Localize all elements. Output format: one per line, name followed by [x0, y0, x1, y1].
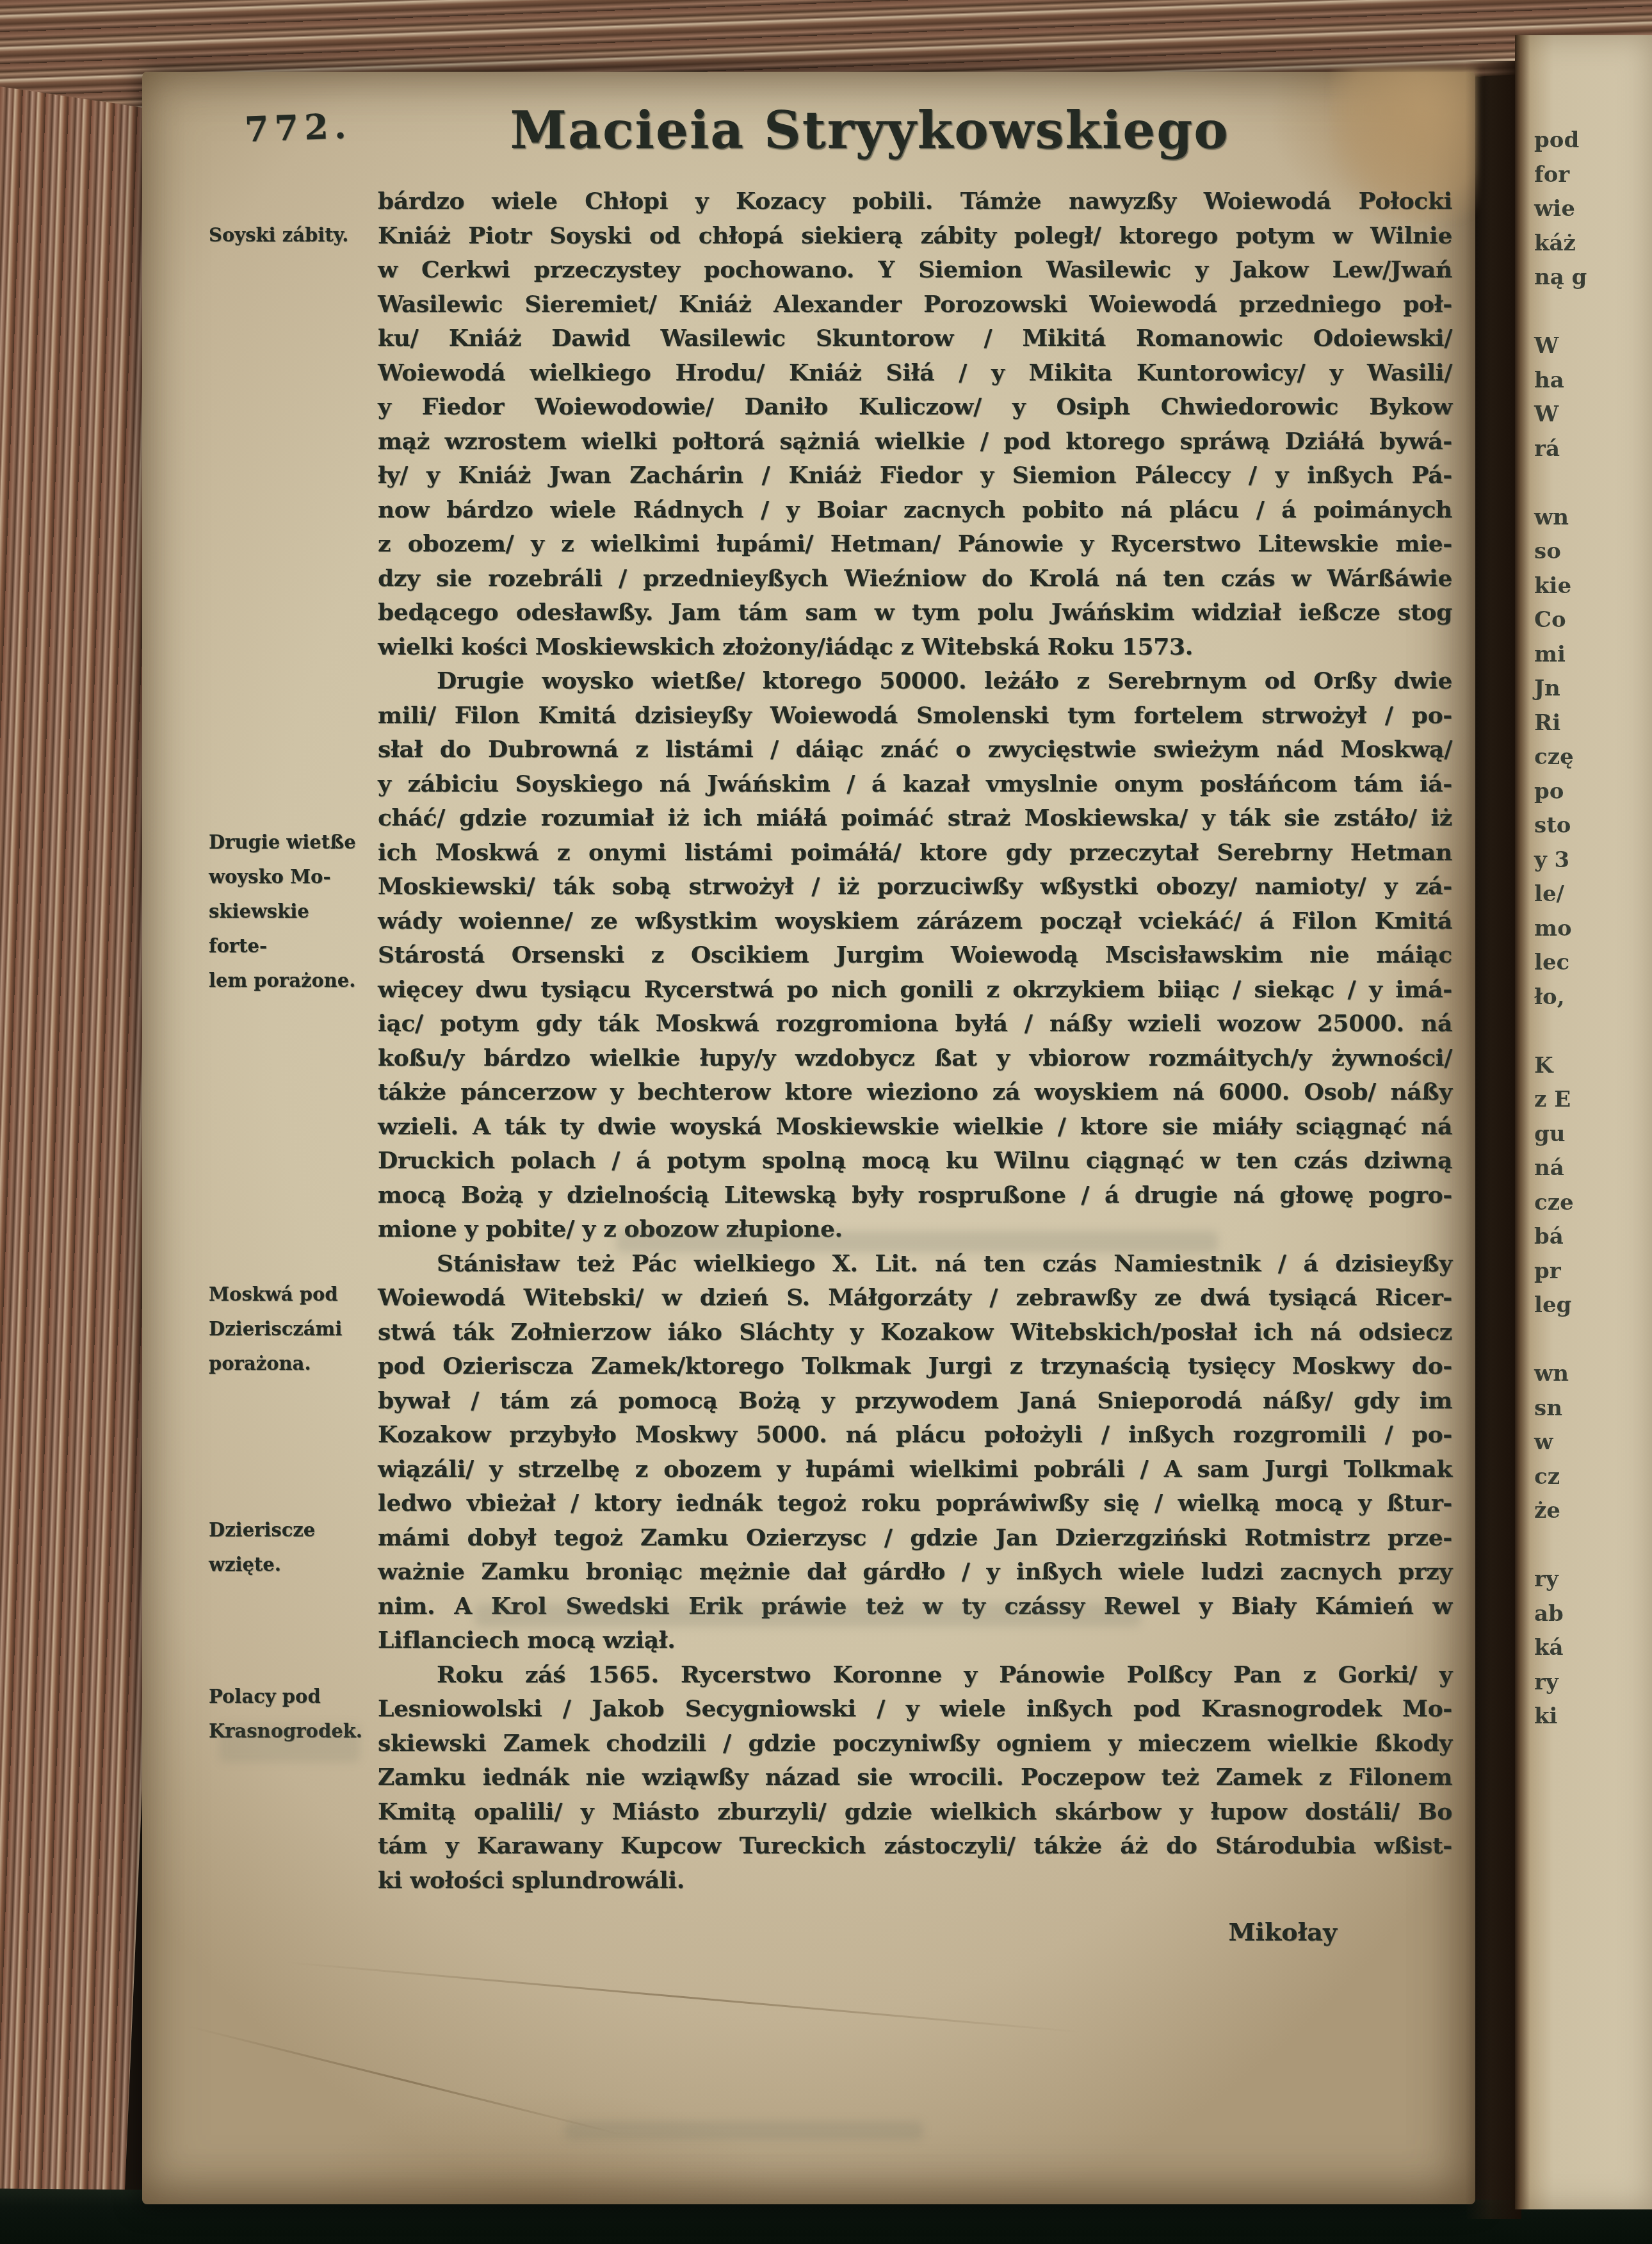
margin-notes: Soyski zábity.Drugie wietßewoysko Mo-ski… — [209, 72, 370, 2204]
body-line: Stárostá Orsenski z Oscikiem Jurgim Woie… — [378, 938, 1452, 973]
body-line: mąż wzrostem wielki połtorá sążniá wielk… — [378, 425, 1452, 459]
body-line: koßu/y bárdzo wielkie łupy/y wzdobycz ßa… — [378, 1041, 1452, 1076]
body-line: tám y Karawany Kupcow Tureckich zástoczy… — [378, 1829, 1452, 1864]
body-line: ku/ Kniáż Dawid Wasilewic Skuntorow / Mi… — [378, 321, 1452, 356]
margin-note-line: woysko Mo- — [209, 859, 370, 894]
body-line: słał do Dubrowná z listámi / dáiąc znáć … — [378, 733, 1452, 767]
margin-note-line: Soyski zábity. — [209, 218, 370, 252]
right-page-fragment: sn — [1534, 1392, 1652, 1426]
right-page-fragment — [1534, 1014, 1652, 1049]
body-line: iąc/ potym gdy ták Moskwá rozgromiona by… — [378, 1007, 1452, 1041]
body-line: z obozem/ y z wielkimi łupámi/ Hetman/ P… — [378, 527, 1452, 562]
margin-note-line: wzięte. — [209, 1547, 370, 1582]
body-line: stwá ták Zołnierzow iáko Sláchty y Kozak… — [378, 1315, 1452, 1350]
right-page-fragment: w — [1534, 1426, 1652, 1460]
margin-note-line: Dzieriscze — [209, 1513, 370, 1547]
right-page-fragment: pod — [1534, 124, 1652, 158]
body-line: dzy sie rozebráli / przednieyßych Wieźni… — [378, 562, 1452, 596]
right-page-fragment: ry — [1534, 1563, 1652, 1597]
right-page-fragment: ná — [1534, 1151, 1652, 1186]
ink-bleedthrough — [565, 2121, 923, 2140]
body-text: bárdzo wiele Chłopi y Kozacy pobili. Tám… — [378, 184, 1452, 1898]
body-line: Roku záś 1565. Rycerstwo Koronne y Pánow… — [378, 1658, 1452, 1693]
right-page-fragment: ká — [1534, 1631, 1652, 1666]
body-line: Liflanciech mocą wziął. — [378, 1623, 1452, 1658]
right-page-fragment: kie — [1534, 569, 1652, 604]
body-line: w Cerkwi przeczystey pochowano. Y Siemio… — [378, 253, 1452, 288]
body-line: Zamku iednák nie wziąwßy názad sie wroci… — [378, 1760, 1452, 1795]
margin-note: Moskwá podDzierisczámiporażona. — [209, 1277, 370, 1381]
right-page-fragment: czę — [1534, 740, 1652, 775]
body-line: y Fiedor Woiewodowie/ Daniło Kuliczow/ y… — [378, 390, 1452, 425]
ink-bleedthrough — [475, 1604, 1141, 1627]
margin-note-line: porażona. — [209, 1346, 370, 1381]
body-line: wzieli. A ták ty dwie woyská Moskiewskie… — [378, 1110, 1452, 1144]
right-page-fragment: że — [1534, 1494, 1652, 1529]
body-line: pod Ozieriscza Zamek/ktorego Tolkmak Jur… — [378, 1349, 1452, 1384]
paper-crease — [284, 1962, 1082, 2033]
right-page-fragment: sto — [1534, 809, 1652, 843]
book-gutter-shadow — [1465, 61, 1521, 2219]
right-page-fragment: Jn — [1534, 672, 1652, 706]
right-page-fragment: mo — [1534, 912, 1652, 947]
right-page-fragment: Co — [1534, 603, 1652, 638]
right-page-fragment: bá — [1534, 1220, 1652, 1255]
body-line: Woiewodá wielkiego Hrodu/ Kniáż Siłá / y… — [378, 356, 1452, 391]
right-page-fragment: lec — [1534, 946, 1652, 980]
right-page-fragment: rá — [1534, 432, 1652, 467]
right-page-fragment: so — [1534, 535, 1652, 569]
body-line: mámi dobył tegoż Zamku Ozierzysc / gdzie… — [378, 1521, 1452, 1556]
body-line: bywał / tám zá pomocą Bożą y przywodem J… — [378, 1384, 1452, 1419]
body-line: ważnie Zamku broniąc mężnie dał gárdło /… — [378, 1555, 1452, 1589]
body-line: mocą Bożą y dzielnością Litewską były ro… — [378, 1178, 1452, 1213]
right-page-fragment — [1534, 1529, 1652, 1563]
right-page-fragment: W — [1534, 398, 1652, 432]
margin-note-line: Polacy pod — [209, 1679, 370, 1714]
margin-note: Soyski zábity. — [209, 218, 370, 252]
body-line: Kozakow przybyło Moskwy 5000. ná plácu p… — [378, 1418, 1452, 1452]
body-line: bedącego odesławßy. Jam tám sam w tym po… — [378, 596, 1452, 630]
right-page-fragment: wn — [1534, 501, 1652, 535]
body-line: tákże páncerzow y bechterow ktore wiezio… — [378, 1075, 1452, 1110]
body-line: Kniáż Piotr Soyski od chłopá siekierą zá… — [378, 219, 1452, 254]
right-page-fragment: le/ — [1534, 877, 1652, 912]
body-line: Druckich polach / á potym spolną mocą ku… — [378, 1144, 1452, 1178]
body-line: Moskiewski/ ták sobą strwożył / iż porzu… — [378, 870, 1452, 904]
body-line: bárdzo wiele Chłopi y Kozacy pobili. Tám… — [378, 184, 1452, 219]
right-page-fragment — [1534, 295, 1652, 330]
body-line: now bárdzo wiele Rádnych / y Boiar zacny… — [378, 493, 1452, 528]
right-page-fragment: Ri — [1534, 706, 1652, 741]
catchword: Mikołay — [378, 1917, 1452, 1946]
facing-page-sliver: podforwiekáżną g WhaWrá wnsokieComiJnRic… — [1515, 35, 1652, 2209]
body-line: y zábiciu Soyskiego ná Jwáńskim / á kaza… — [378, 767, 1452, 802]
right-page-fragment: for — [1534, 158, 1652, 193]
ink-bleedthrough — [616, 1231, 1218, 1253]
right-page-fragment: po — [1534, 775, 1652, 809]
book-photograph: 772. Macieia Stryykowskiego Soyski zábit… — [0, 0, 1652, 2244]
right-page-fragment: ki — [1534, 1700, 1652, 1734]
body-line: ki wołości splundrowáli. — [378, 1864, 1452, 1898]
right-page-fragment: leg — [1534, 1289, 1652, 1323]
right-page-fragment: cze — [1534, 1186, 1652, 1221]
right-page-fragment: ry — [1534, 1666, 1652, 1700]
right-page-fragment: káż — [1534, 227, 1652, 261]
body-line: Kmitą opalili/ y Miásto zburzyli/ gdzie … — [378, 1795, 1452, 1830]
book-page: 772. Macieia Stryykowskiego Soyski zábit… — [142, 72, 1475, 2204]
margin-note-line: Moskwá pod — [209, 1277, 370, 1312]
running-header: Macieia Stryykowskiego — [302, 100, 1437, 160]
body-line: Lesniowolski / Jakob Secygniowski / y wi… — [378, 1692, 1452, 1727]
right-page-fragment — [1534, 466, 1652, 501]
right-page-fragment: K — [1534, 1049, 1652, 1084]
ink-bleedthrough — [219, 1724, 360, 1762]
right-page-text: podforwiekáżną g WhaWrá wnsokieComiJnRic… — [1534, 124, 1652, 1734]
right-page-fragment: gu — [1534, 1118, 1652, 1152]
right-page-fragment: ab — [1534, 1597, 1652, 1632]
body-line: wiązáli/ y strzelbę z obozem y łupámi wi… — [378, 1452, 1452, 1487]
body-line: ledwo vbieżał / ktory iednák tegoż roku … — [378, 1486, 1452, 1521]
body-line: skiewski Zamek chodzili / gdzie poczyniw… — [378, 1727, 1452, 1761]
margin-note-line: Dzierisczámi — [209, 1312, 370, 1346]
right-page-fragment: pr — [1534, 1255, 1652, 1289]
body-line: ich Moskwá z onymi listámi poimáłá/ ktor… — [378, 836, 1452, 870]
right-page-fragment: ha — [1534, 364, 1652, 398]
body-line: Woiewodá Witebski/ w dzień S. Máłgorzáty… — [378, 1281, 1452, 1315]
body-line: więcey dwu tysiącu Rycerstwá po nich gon… — [378, 973, 1452, 1007]
margin-note-line: Drugie wietße — [209, 825, 370, 859]
right-page-fragment: z E — [1534, 1083, 1652, 1118]
margin-note-line: skiewskie forte- — [209, 894, 370, 963]
margin-note: Drugie wietßewoysko Mo-skiewskie forte-l… — [209, 825, 370, 998]
body-line: ły/ y Kniáż Jwan Zachárin / Kniáż Fiedor… — [378, 459, 1452, 493]
right-page-fragment: wn — [1534, 1357, 1652, 1392]
margin-note-line: lem porażone. — [209, 963, 370, 998]
right-page-fragment: ną g — [1534, 261, 1652, 295]
body-line: mili/ Filon Kmitá dzisieyßy Woiewodá Smo… — [378, 699, 1452, 733]
body-line: wády woienne/ ze wßystkim woyskiem záráz… — [378, 904, 1452, 939]
right-page-fragment: ło, — [1534, 980, 1652, 1015]
body-line: Wasilewic Sieremiet/ Kniáż Alexander Por… — [378, 288, 1452, 322]
right-page-fragment: mi — [1534, 638, 1652, 672]
body-line: wielki kości Moskiewskich złożony/iádąc … — [378, 630, 1452, 665]
body-line: cháć/ gdzie rozumiał iż ich miáłá poimáć… — [378, 801, 1452, 836]
body-line: Drugie woysko wietße/ ktorego 50000. leż… — [378, 664, 1452, 699]
margin-note: Dzierisczewzięte. — [209, 1513, 370, 1582]
right-page-fragment: cz — [1534, 1460, 1652, 1495]
right-page-fragment: y 3 — [1534, 843, 1652, 878]
right-page-fragment: wie — [1534, 192, 1652, 227]
right-page-fragment — [1534, 1323, 1652, 1358]
right-page-fragment: W — [1534, 329, 1652, 364]
